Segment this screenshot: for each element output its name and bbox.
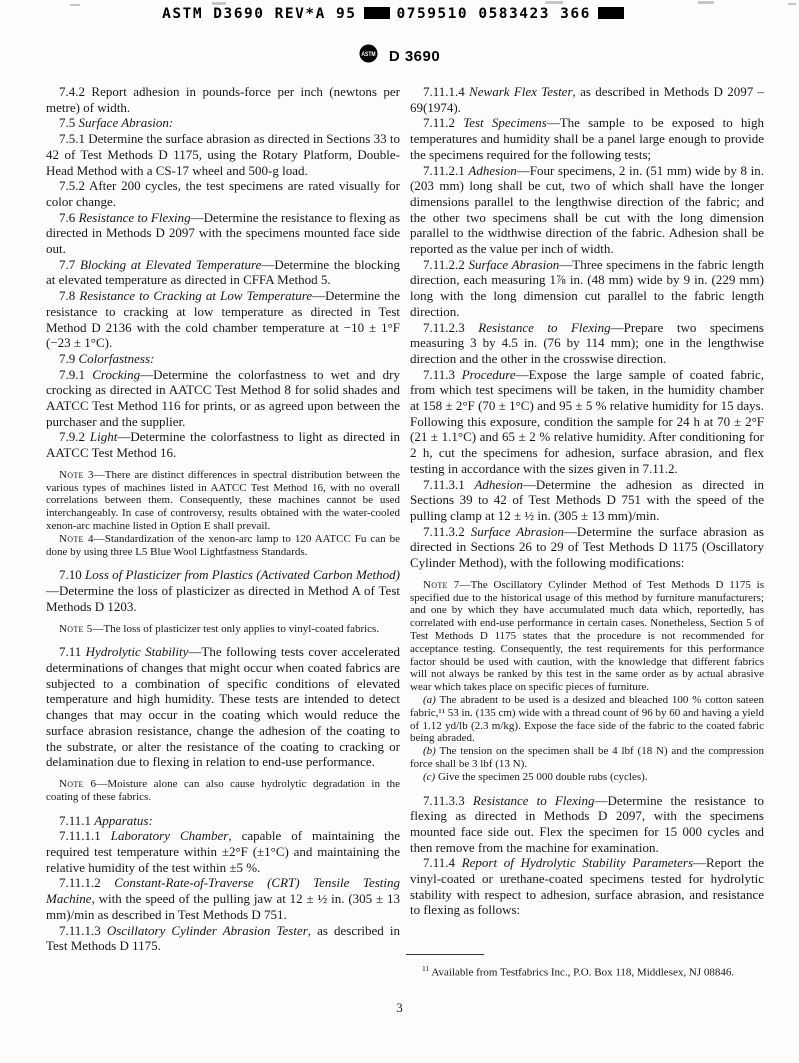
- text-run: —The Oscillatory Cylinder Method of Test…: [410, 579, 764, 693]
- text-run: 7.11.3.2: [423, 524, 471, 539]
- note-paragraph: Note 6—Moisture alone can also cause hyd…: [46, 778, 400, 804]
- text-run: 7.7: [59, 257, 80, 272]
- scan-artifact: [212, 2, 226, 5]
- text-run: 7.5: [59, 115, 79, 130]
- text-run: 7.11.2.2: [423, 257, 468, 272]
- note-paragraph: (a) The abradent to be used is a desized…: [410, 694, 764, 745]
- text-run: —Determine the loss of plasticizer as di…: [46, 583, 400, 614]
- text-run: Surface Abrasion:: [79, 115, 174, 130]
- note-paragraph: Note 7—The Oscillatory Cylinder Method o…: [410, 579, 764, 694]
- footnote-text: 11 Available from Testfabrics Inc., P.O.…: [406, 962, 758, 980]
- text-run: 7.11.3: [423, 367, 462, 382]
- text-run: 7.10: [59, 567, 85, 582]
- text-run: , with the speed of the pulling jaw at 1…: [46, 891, 400, 922]
- text-run: Resistance to Cracking at Low Temperatur…: [79, 288, 312, 303]
- footnote-body: Available from Testfabrics Inc., P.O. Bo…: [429, 967, 734, 979]
- section-paragraph: 7.11.2 Test Specimens—The sample to be e…: [410, 115, 764, 162]
- document-page: ASTM D3690 REV*A 950759510 0583423 366 A…: [0, 0, 799, 1063]
- standard-designation-header: ASTM D 3690: [0, 44, 799, 68]
- section-paragraph: 7.11.2.3 Resistance to Flexing—Prepare t…: [410, 320, 764, 367]
- two-column-body: 7.4.2 Report adhesion in pounds-force pe…: [46, 84, 764, 954]
- text-run: Newark Flex Tester: [469, 84, 572, 99]
- scan-artifact: [698, 1, 714, 4]
- text-run: 7.11.1: [59, 813, 94, 828]
- barcode-block-icon: [598, 7, 624, 19]
- text-run: (b): [423, 745, 436, 757]
- right-column: 7.11.1.4 Newark Flex Tester, as describe…: [410, 84, 764, 954]
- text-run: Crocking: [92, 367, 140, 382]
- section-paragraph: 7.11.2.2 Surface Abrasion—Three specimen…: [410, 257, 764, 320]
- text-run: 7.9.1: [59, 367, 92, 382]
- section-paragraph: 7.11 Hydrolytic Stability—The following …: [46, 644, 400, 770]
- left-column: 7.4.2 Report adhesion in pounds-force pe…: [46, 84, 400, 954]
- section-paragraph: 7.5 Surface Abrasion:: [46, 115, 400, 131]
- text-run: Test Specimens: [463, 115, 547, 130]
- section-paragraph: 7.9 Colorfastness:: [46, 351, 400, 367]
- text-run: 7.11.1.4: [423, 84, 469, 99]
- ocr-header: ASTM D3690 REV*A 950759510 0583423 366: [0, 6, 793, 22]
- text-run: —The following tests cover accelerated d…: [46, 644, 400, 769]
- text-run: 7.11.1.2: [59, 875, 114, 890]
- page-number: 3: [0, 1000, 799, 1016]
- section-paragraph: 7.11.1.2 Constant-Rate-of-Traverse (CRT)…: [46, 875, 400, 922]
- section-paragraph: 7.11.1.4 Newark Flex Tester, as describe…: [410, 84, 764, 115]
- text-run: 7.9.2: [59, 429, 90, 444]
- barcode-block-icon: [364, 7, 390, 19]
- text-run: (a): [423, 694, 436, 706]
- text-run: Note 3: [59, 469, 94, 481]
- note-paragraph: Note 5—The loss of plasticizer test only…: [46, 623, 400, 636]
- text-run: Light: [90, 429, 117, 444]
- text-run: Surface Abrasion: [468, 257, 559, 272]
- text-run: —There are distinct differences in spect…: [46, 469, 400, 532]
- section-paragraph: 7.9.2 Light—Determine the colorfastness …: [46, 429, 400, 460]
- text-run: Loss of Plasticizer from Plastics (Activ…: [85, 567, 400, 582]
- footnote-rule: [406, 954, 484, 955]
- text-run: Oscillatory Cylinder Abrasion Tester: [107, 923, 308, 938]
- section-paragraph: 7.11.3 Procedure—Expose the large sample…: [410, 367, 764, 477]
- text-run: Report of Hydrolytic Stability Parameter…: [462, 855, 693, 870]
- text-run: —The loss of plasticizer test only appli…: [93, 623, 380, 635]
- section-paragraph: 7.7 Blocking at Elevated Temperature—Det…: [46, 257, 400, 288]
- section-paragraph: 7.5.1 Determine the surface abrasion as …: [46, 131, 400, 178]
- text-run: Resistance to Flexing: [79, 210, 191, 225]
- note-paragraph: (c) Give the specimen 25 000 double rubs…: [410, 771, 764, 784]
- section-paragraph: 7.11.3.3 Resistance to Flexing—Determine…: [410, 793, 764, 856]
- text-run: 7.6: [59, 210, 79, 225]
- text-run: 7.5.2 After 200 cycles, the test specime…: [46, 178, 400, 209]
- section-paragraph: 7.11.4 Report of Hydrolytic Stability Pa…: [410, 855, 764, 918]
- text-run: Adhesion: [468, 163, 516, 178]
- text-run: Procedure: [462, 367, 516, 382]
- note-paragraph: (b) The tension on the specimen shall be…: [410, 745, 764, 771]
- section-paragraph: 7.11.3.2 Surface Abrasion—Determine the …: [410, 524, 764, 571]
- text-run: Note 4: [59, 533, 94, 545]
- section-paragraph: 7.10 Loss of Plasticizer from Plastics (…: [46, 567, 400, 614]
- astm-logo-icon: ASTM: [359, 44, 378, 68]
- text-run: 7.11.2.3: [423, 320, 478, 335]
- section-paragraph: 7.4.2 Report adhesion in pounds-force pe…: [46, 84, 400, 115]
- text-run: Give the specimen 25 000 double rubs (cy…: [435, 771, 647, 783]
- section-paragraph: 7.11.3.1 Adhesion—Determine the adhesion…: [410, 477, 764, 524]
- text-run: Note 7: [423, 579, 460, 591]
- text-run: 7.11.1.3: [59, 923, 107, 938]
- scan-artifact: [545, 1, 563, 4]
- section-paragraph: 7.6 Resistance to Flexing—Determine the …: [46, 210, 400, 257]
- text-run: Resistance to Flexing: [478, 320, 610, 335]
- text-run: —Standardization of the xenon-arc lamp t…: [46, 533, 400, 558]
- text-run: 7.11.3.1: [423, 477, 474, 492]
- text-run: —Moisture alone can also cause hydrolyti…: [46, 778, 400, 803]
- text-run: The abradent to be used is a desized and…: [410, 694, 764, 744]
- ocr-header-left: ASTM D3690 REV*A 95: [162, 6, 356, 22]
- section-paragraph: 7.5.2 After 200 cycles, the test specime…: [46, 178, 400, 209]
- text-run: Apparatus:: [94, 813, 153, 828]
- text-run: Note 5: [59, 623, 93, 635]
- text-run: Hydrolytic Stability: [86, 644, 189, 659]
- standard-number: D 3690: [389, 48, 440, 65]
- text-run: 7.11.1.1: [59, 828, 111, 843]
- scan-artifact: [788, 3, 796, 5]
- text-run: —Expose the large sample of coated fabri…: [410, 367, 764, 476]
- text-run: 7.11.2.1: [423, 163, 468, 178]
- text-run: 7.11.3.3: [423, 793, 473, 808]
- text-run: 7.11.2: [423, 115, 463, 130]
- text-run: Note 6: [59, 778, 96, 790]
- text-run: 7.5.1 Determine the surface abrasion as …: [46, 131, 400, 177]
- text-run: Surface Abrasion: [471, 524, 564, 539]
- section-paragraph: 7.11.1.3 Oscillatory Cylinder Abrasion T…: [46, 923, 400, 954]
- text-run: Colorfastness:: [79, 351, 155, 366]
- section-paragraph: 7.9.1 Crocking—Determine the colorfastne…: [46, 367, 400, 430]
- text-run: The tension on the specimen shall be 4 l…: [410, 745, 764, 770]
- text-run: 7.11: [59, 644, 86, 659]
- text-run: 7.8: [59, 288, 79, 303]
- text-run: Adhesion: [474, 477, 522, 492]
- footnote: 11 Available from Testfabrics Inc., P.O.…: [406, 954, 758, 980]
- text-run: Laboratory Chamber: [111, 828, 229, 843]
- section-paragraph: 7.11.1.1 Laboratory Chamber, capable of …: [46, 828, 400, 875]
- section-paragraph: 7.11.1 Apparatus:: [46, 813, 400, 829]
- text-run: 7.4.2 Report adhesion in pounds-force pe…: [46, 84, 400, 115]
- text-run: 7.11.4: [423, 855, 462, 870]
- svg-text:ASTM: ASTM: [361, 51, 376, 58]
- text-run: 7.9: [59, 351, 79, 366]
- text-run: (c): [423, 771, 435, 783]
- section-paragraph: 7.8 Resistance to Cracking at Low Temper…: [46, 288, 400, 351]
- section-paragraph: 7.11.2.1 Adhesion—Four specimens, 2 in. …: [410, 163, 764, 257]
- note-paragraph: Note 3—There are distinct differences in…: [46, 469, 400, 533]
- text-run: Blocking at Elevated Temperature: [80, 257, 261, 272]
- note-paragraph: Note 4—Standardization of the xenon-arc …: [46, 533, 400, 559]
- ocr-header-right: 0759510 0583423 366: [397, 6, 591, 22]
- text-run: Resistance to Flexing: [473, 793, 595, 808]
